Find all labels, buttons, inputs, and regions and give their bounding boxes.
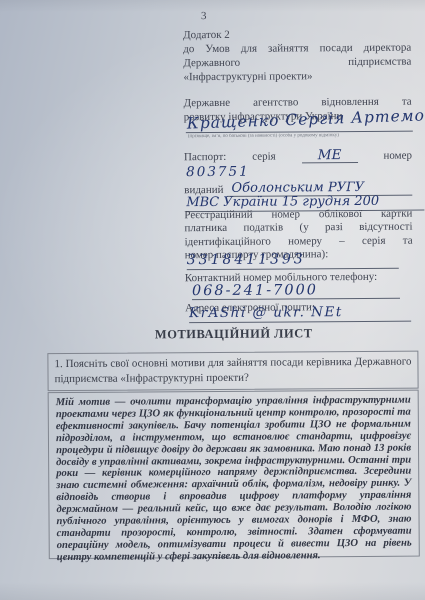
appendix-line-3: Державного підприємства xyxy=(183,55,411,71)
tax-label-line-2: платника податків (у разі відсутності xyxy=(184,221,412,236)
appendix-block: Додаток 2 до Умов для зайняття посади ди… xyxy=(183,27,411,85)
answer-box: Мій мотив — очолити трансформацію управл… xyxy=(48,390,420,560)
tax-label-line-3: ідентифікаційного номеру – серія та xyxy=(185,234,413,249)
passport-number-value-handwriting: 803751 xyxy=(186,164,250,180)
appendix-line-4: «Інфраструктурні проекти» xyxy=(183,69,411,85)
motivation-letter-title: МОТИВАЦІЙНИЙ ЛИСТ xyxy=(47,326,420,344)
page-number: 3 xyxy=(201,9,207,23)
answer-text: Мій мотив — очолити трансформацію управл… xyxy=(49,391,419,568)
tax-number-value-handwriting: 3318411393 xyxy=(187,251,399,270)
question-box: 1. Поясніть свої основні мотиви для зайн… xyxy=(47,351,418,392)
question-text: 1. Поясніть свої основні мотиви для зайн… xyxy=(48,352,417,391)
phone-value-handwriting: 068-241-7000 xyxy=(192,282,400,300)
passport-seria-value-handwriting: МЕ xyxy=(302,148,358,163)
document-content: 3 Додаток 2 до Умов для зайняття посади … xyxy=(0,0,425,600)
passport-row: Паспорт: серія МЕ номер xyxy=(184,145,412,165)
passport-seria-label: серія xyxy=(252,150,276,164)
passport-number-label: номер xyxy=(383,149,412,163)
signature-caption: (прізвище, ім’я, по батькові (за наявнос… xyxy=(188,133,412,140)
passport-label: Паспорт: xyxy=(184,150,226,164)
email-value-handwriting: KrAShi @ ukr. NEt xyxy=(189,304,411,324)
